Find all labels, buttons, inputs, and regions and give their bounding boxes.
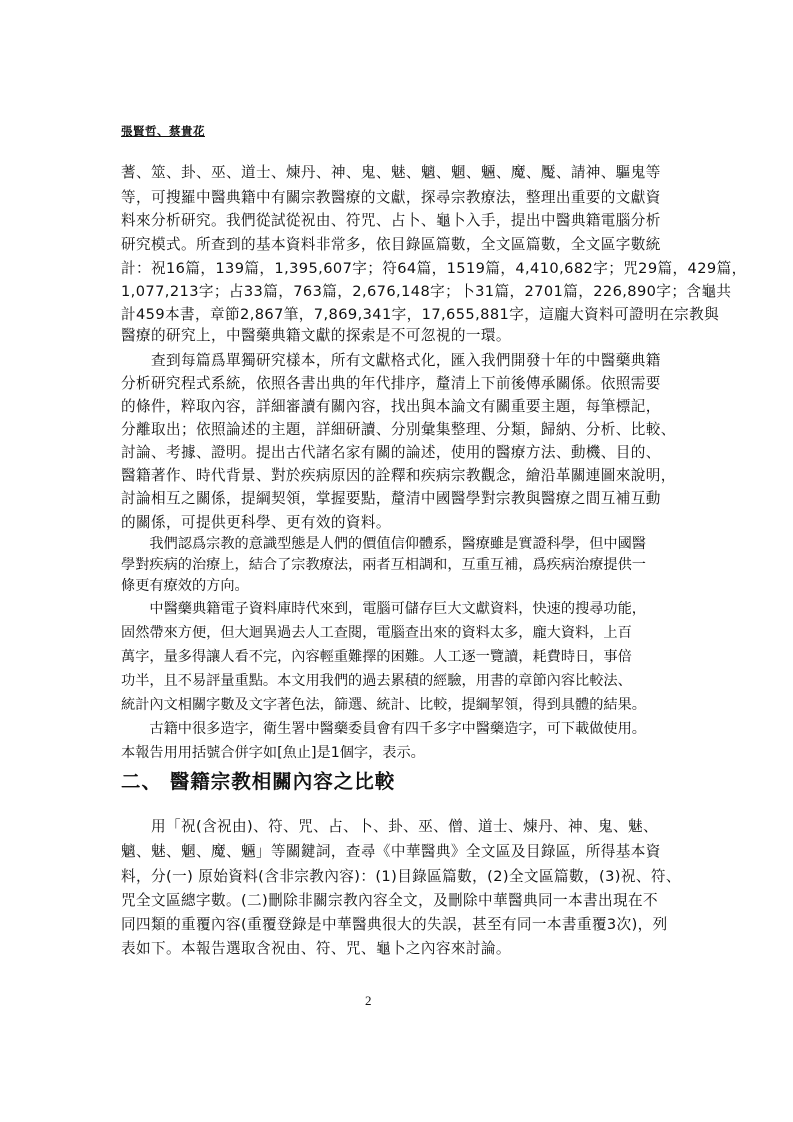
body-line: 萬字，量多得讓人看不完，內容輕重難擇的困難。人工逐一覽讀，耗費時日，事倍 bbox=[121, 648, 681, 666]
running-header-authors: 張賢哲、蔡貴花 bbox=[121, 123, 205, 139]
body-line: 計459本書，章節2,867筆，7,869,341字，17,655,881字，這… bbox=[121, 306, 681, 324]
body-line: 的條件，粹取內容，詳細審讀有關內容，找出與本論文有關重要主題，每筆標記， bbox=[121, 398, 681, 416]
page-number: 2 bbox=[365, 993, 372, 1009]
body-line: 學對疾病的治療上，結合了宗教療法，兩者互相調和，互重互補，爲疾病治療提供一 bbox=[121, 556, 681, 574]
body-line: 蓍、筮、卦、巫、道士、煉丹、神、鬼、魅、魑、魍、魎、魔、魘、請神、驅鬼等 bbox=[121, 164, 681, 182]
body-line: 統計內文相關字數及文字著色法，篩選、統計、比較，提綱挈領，得到具體的結果。 bbox=[121, 696, 681, 714]
body-line: 用「祝(含祝由)、符、咒、占、卜、卦、巫、僧、道士、煉丹、神、鬼、魅、 bbox=[121, 818, 681, 836]
body-line: 的關係，可提供更科學、更有效的資料。 bbox=[121, 514, 681, 532]
body-line: 醫療的研究上，中醫藥典籍文獻的探索是不可忽視的一環。 bbox=[121, 327, 681, 345]
body-line: 古籍中很多造字，衛生署中醫藥委員會有四千多字中醫藥造字，可下載做使用。 bbox=[121, 720, 681, 738]
body-line: 固然帶來方便，但大迴異過去人工查閱，電腦查出來的資料太多，龐大資料，上百 bbox=[121, 624, 681, 642]
body-line: 查到每篇爲單獨研究樣本，所有文獻格式化，匯入我們開發十年的中醫藥典籍 bbox=[121, 352, 681, 370]
document-page: 張賢哲、蔡貴花 蓍、筮、卦、巫、道士、煉丹、神、鬼、魅、魑、魍、魎、魔、魘、請神… bbox=[0, 0, 793, 1122]
body-line: 分離取出；依照論述的主題，詳細研讀、分別彙集整理、分類，歸納、分析、比較、 bbox=[121, 421, 681, 439]
body-line: 討論相互之關係，提綱契領，掌握要點，釐清中國醫學對宗教與醫療之間互補互動 bbox=[121, 490, 681, 508]
body-line: 討論、考據、證明。提出古代諸名家有關的論述，使用的醫療方法、動機、目的、 bbox=[121, 444, 681, 462]
body-line: 本報告用用括號合併字如[魚止]是1個字，表示。 bbox=[121, 744, 681, 762]
body-line: 功半，且不易評量重點。本文用我們的過去累積的經驗，用書的章節內容比較法、 bbox=[121, 672, 681, 690]
body-line: 料來分析研究。我們從試從祝由、符咒、占卜、龜卜入手，提出中醫典籍電腦分析 bbox=[121, 212, 681, 230]
body-line: 條更有療效的方向。 bbox=[121, 577, 681, 595]
body-line: 表如下。本報告選取含祝由、符、咒、龜卜之內容來討論。 bbox=[121, 940, 681, 958]
body-line: 中醫藥典籍電子資料庫時代來到，電腦可儲存巨大文獻資料，快速的搜尋功能， bbox=[121, 600, 681, 618]
body-line: 分析研究程式系統，依照各書出典的年代排序，釐清上下前後傳承關係。依照需要 bbox=[121, 375, 681, 393]
body-line: 計：祝16篇，139篇，1,395,607字；符64篇，1519篇，4,410,… bbox=[121, 260, 681, 278]
body-line: 研究模式。所查到的基本資料非常多，依目錄區篇數，全文區篇數，全文區字數統 bbox=[121, 236, 681, 254]
body-line: 我們認爲宗教的意識型態是人們的價值信仰體系，醫療雖是實證科學，但中國醫 bbox=[121, 535, 681, 553]
body-line: 同四類的重覆內容(重覆登錄是中華醫典很大的失誤，甚至有同一本書重覆3次)，列 bbox=[121, 916, 681, 934]
section-heading: 二、 醫籍宗教相關內容之比較 bbox=[121, 766, 395, 794]
body-line: 1,077,213字；占33篇，763篇，2,676,148字；卜31篇，270… bbox=[121, 283, 681, 301]
body-line: 魑、魅、魍、魔、魎」等關鍵詞，查尋《中華醫典》全文區及目錄區，所得基本資 bbox=[121, 843, 681, 861]
body-line: 料，分(一) 原始資料(含非宗教內容)：(1)目錄區篇數，(2)全文區篇數，(3… bbox=[121, 868, 681, 886]
body-line: 咒全文區總字數。(二)刪除非關宗教內容全文，及刪除中華醫典同一本書出現在不 bbox=[121, 892, 681, 910]
body-line: 醫籍著作、時代背景、對於疾病原因的詮釋和疾病宗教觀念，繪沿革關連圖來說明， bbox=[121, 467, 681, 485]
body-line: 等，可搜羅中醫典籍中有關宗教醫療的文獻，探尋宗教療法，整理出重要的文獻資 bbox=[121, 189, 681, 207]
